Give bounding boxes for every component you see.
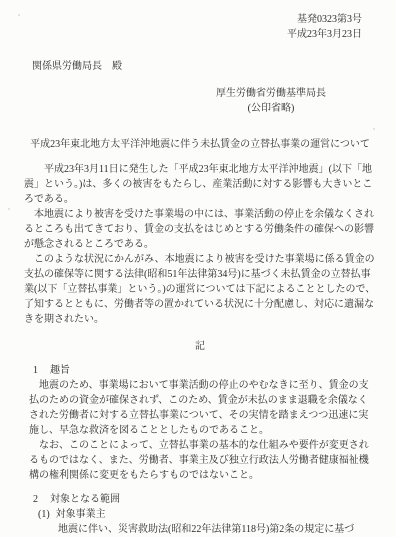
scan-speck <box>8 208 10 210</box>
scan-speck <box>18 14 20 16</box>
section-heading: 1趣旨 <box>24 363 376 378</box>
scan-speck <box>373 128 375 130</box>
doc-number: 基発0323第3号 <box>24 12 362 27</box>
subsection-number: (1) <box>38 509 50 520</box>
subsection-paragraph: 地震に伴い、災害救助法(昭和22年法律第118号)第2条の規定に基づ <box>48 522 376 537</box>
section-body: 地震のため、事業場において事業活動の停止のやむなきに至り、賃金の支払のための資金… <box>24 378 376 483</box>
document-body: 平成23年3月11日に発生した「平成23年東北地方太平洋沖地震」(以下「地震」と… <box>24 162 376 327</box>
section-paragraph-2: なお、このことによって、立替払事業の基本的な仕組みや要件が変更されるものではなく… <box>29 438 376 483</box>
section-heading: 2対象となる範囲 <box>24 492 376 507</box>
sender-title: 厚生労働省労働基準局長 <box>216 86 326 101</box>
section-purpose: 1趣旨 地震のため、事業場において事業活動の停止のやむなきに至り、賃金の支払のた… <box>24 363 376 483</box>
scanned-document-page: 基発0323第3号 平成23年3月23日 関係県労働局長 殿 厚生労働省労働基準… <box>0 0 396 537</box>
seal-omitted-note: (公印省略) <box>216 101 326 116</box>
doc-date: 平成23年3月23日 <box>24 27 362 42</box>
section-title: 趣旨 <box>50 365 70 376</box>
section-number: 2 <box>33 494 38 505</box>
document-header-block: 基発0323第3号 平成23年3月23日 <box>24 12 376 42</box>
section-paragraph-1: 地震のため、事業場において事業活動の停止のやむなきに至り、賃金の支払のための資金… <box>29 378 376 438</box>
document-title: 平成23年東北地方太平洋沖地震に伴う未払賃金の立替払事業の運営について <box>24 137 376 152</box>
record-marker: 記 <box>24 339 376 354</box>
section-scope: 2対象となる範囲 (1)対象事業主 地震に伴い、災害救助法(昭和22年法律第11… <box>24 492 376 537</box>
subsection-target-employers: (1)対象事業主 地震に伴い、災害救助法(昭和22年法律第118号)第2条の規定… <box>24 507 376 537</box>
sender-block: 厚生労働省労働基準局長 (公印省略) <box>216 86 326 116</box>
subsection-body: 地震に伴い、災害救助法(昭和22年法律第118号)第2条の規定に基づ <box>24 522 376 537</box>
body-paragraph-2: 本地震により被害を受けた事業場の中には、事業活動の停止を余儀なくされるところも出… <box>24 207 376 252</box>
addressee-line: 関係県労働局長 殿 <box>24 59 376 74</box>
subsection-heading: (1)対象事業主 <box>24 507 376 522</box>
body-paragraph-3: このような状況にかんがみ、本地震により被害を受けた事業場に係る賃金の支払の確保等… <box>24 252 376 327</box>
section-number: 1 <box>33 365 38 376</box>
body-paragraph-1: 平成23年3月11日に発生した「平成23年東北地方太平洋沖地震」(以下「地震」と… <box>24 162 376 207</box>
subsection-title: 対象事業主 <box>56 509 106 520</box>
section-title: 対象となる範囲 <box>50 494 120 505</box>
